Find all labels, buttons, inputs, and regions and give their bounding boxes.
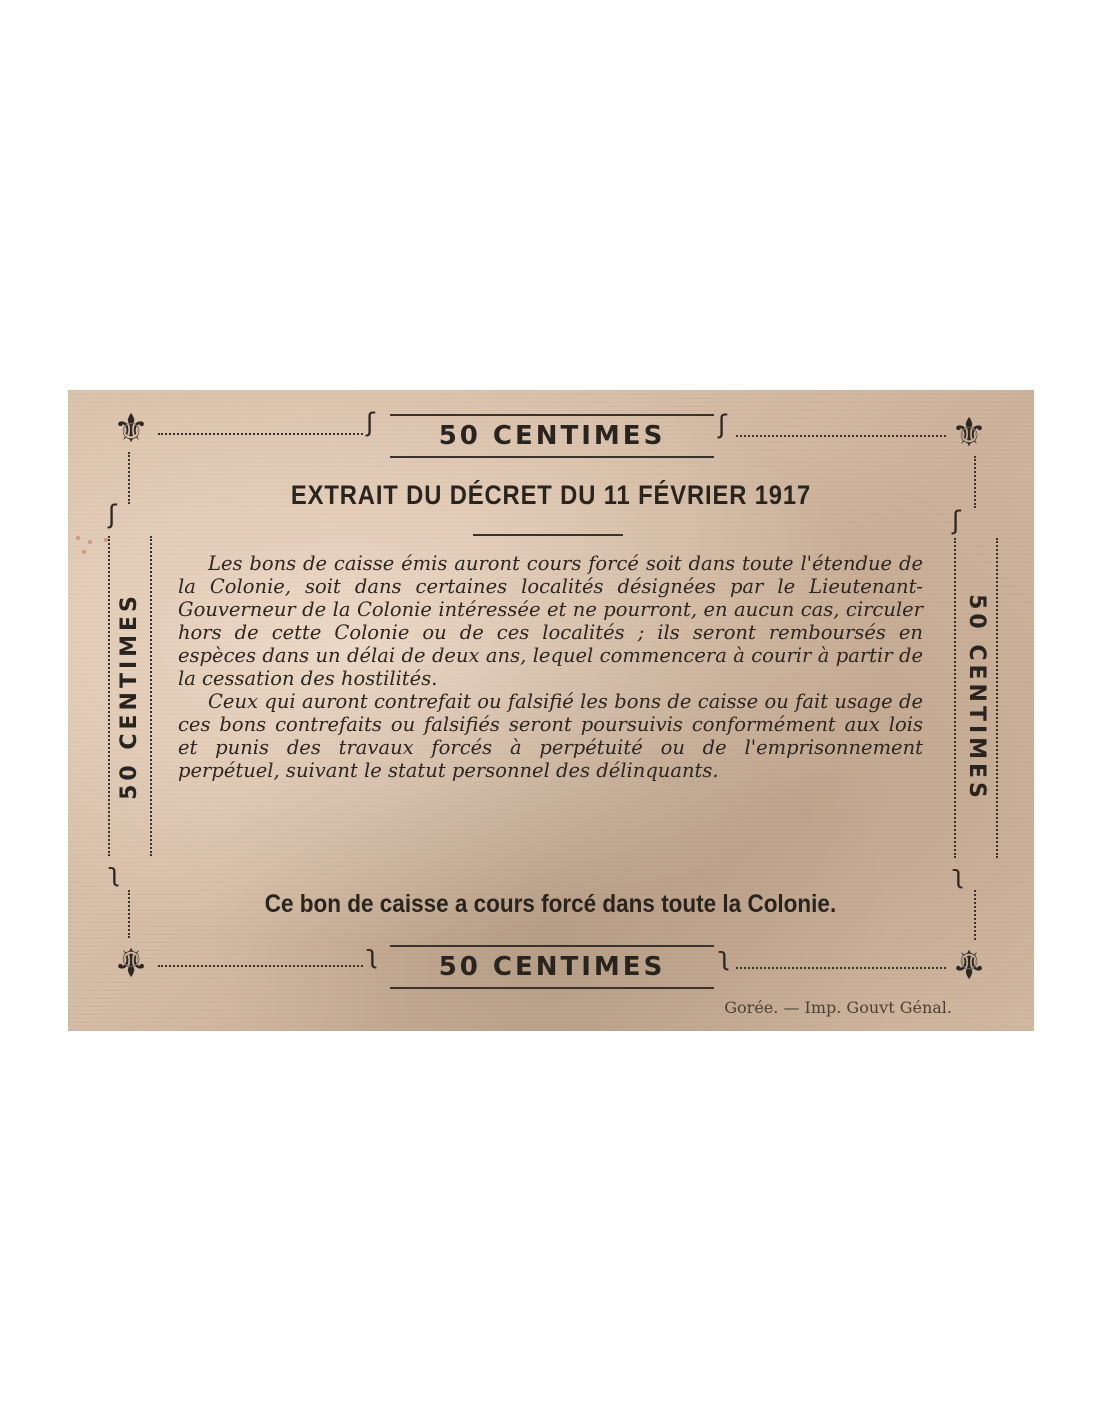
fleur-de-lis-icon: ⚜ <box>946 410 992 456</box>
denomination-top-text: 50 CENTIMES <box>439 421 666 451</box>
denomination-bottom-text: 50 CENTIMES <box>439 952 666 982</box>
scroll-ornament-icon: ʅ <box>366 942 378 968</box>
scroll-ornament-icon: ʃ <box>108 502 117 528</box>
fleur-de-lis-icon: ⚜ <box>108 406 154 452</box>
stain <box>76 536 80 540</box>
legal-tender-statement: Ce bon de caisse a cours forcé dans tout… <box>215 890 886 919</box>
decree-paragraph: Ceux qui auront contrefait ou falsifié l… <box>178 690 923 782</box>
scroll-ornament-icon: ʅ <box>718 944 730 970</box>
border-line <box>128 452 130 504</box>
decree-title: EXTRAIT DU DÉCRET DU 11 FÉVRIER 1917 <box>258 480 844 511</box>
decree-text: Les bons de caisse émis auront cours for… <box>178 552 923 782</box>
border-line <box>736 967 946 969</box>
denomination-left-text: 50 CENTIMES <box>117 592 143 800</box>
border-line <box>736 435 946 437</box>
denomination-right: 50 CENTIMES <box>954 538 998 858</box>
fleur-de-lis-icon: ⚜ <box>946 940 992 986</box>
decree-paragraph: Les bons de caisse émis auront cours for… <box>178 552 923 690</box>
scroll-ornament-icon: ʅ <box>108 860 120 886</box>
border-line <box>974 890 976 940</box>
denomination-right-text: 50 CENTIMES <box>963 594 989 802</box>
border-line <box>158 965 363 967</box>
title-underline <box>473 534 623 536</box>
scroll-ornament-icon: ʃ <box>718 412 727 438</box>
border-line <box>158 433 363 435</box>
stain <box>82 550 86 554</box>
scroll-ornament-icon: ʃ <box>366 410 375 436</box>
border-line <box>128 890 130 938</box>
border-line <box>974 456 976 508</box>
stain <box>88 540 92 544</box>
scroll-ornament-icon: ʅ <box>952 862 964 888</box>
banknote-reverse: ⚜ ⚜ ⚜ ⚜ ʃ ʃ ʅ ʅ ʃ ʅ ʃ ʅ 50 CENTIMES 50 C… <box>68 390 1034 1031</box>
denomination-left: 50 CENTIMES <box>108 536 152 856</box>
fleur-de-lis-icon: ⚜ <box>108 938 154 984</box>
printer-imprint: Gorée. — Imp. Gouvt Génal. <box>724 998 952 1017</box>
denomination-top: 50 CENTIMES <box>390 414 714 458</box>
denomination-bottom: 50 CENTIMES <box>390 945 714 989</box>
scroll-ornament-icon: ʃ <box>952 508 961 534</box>
